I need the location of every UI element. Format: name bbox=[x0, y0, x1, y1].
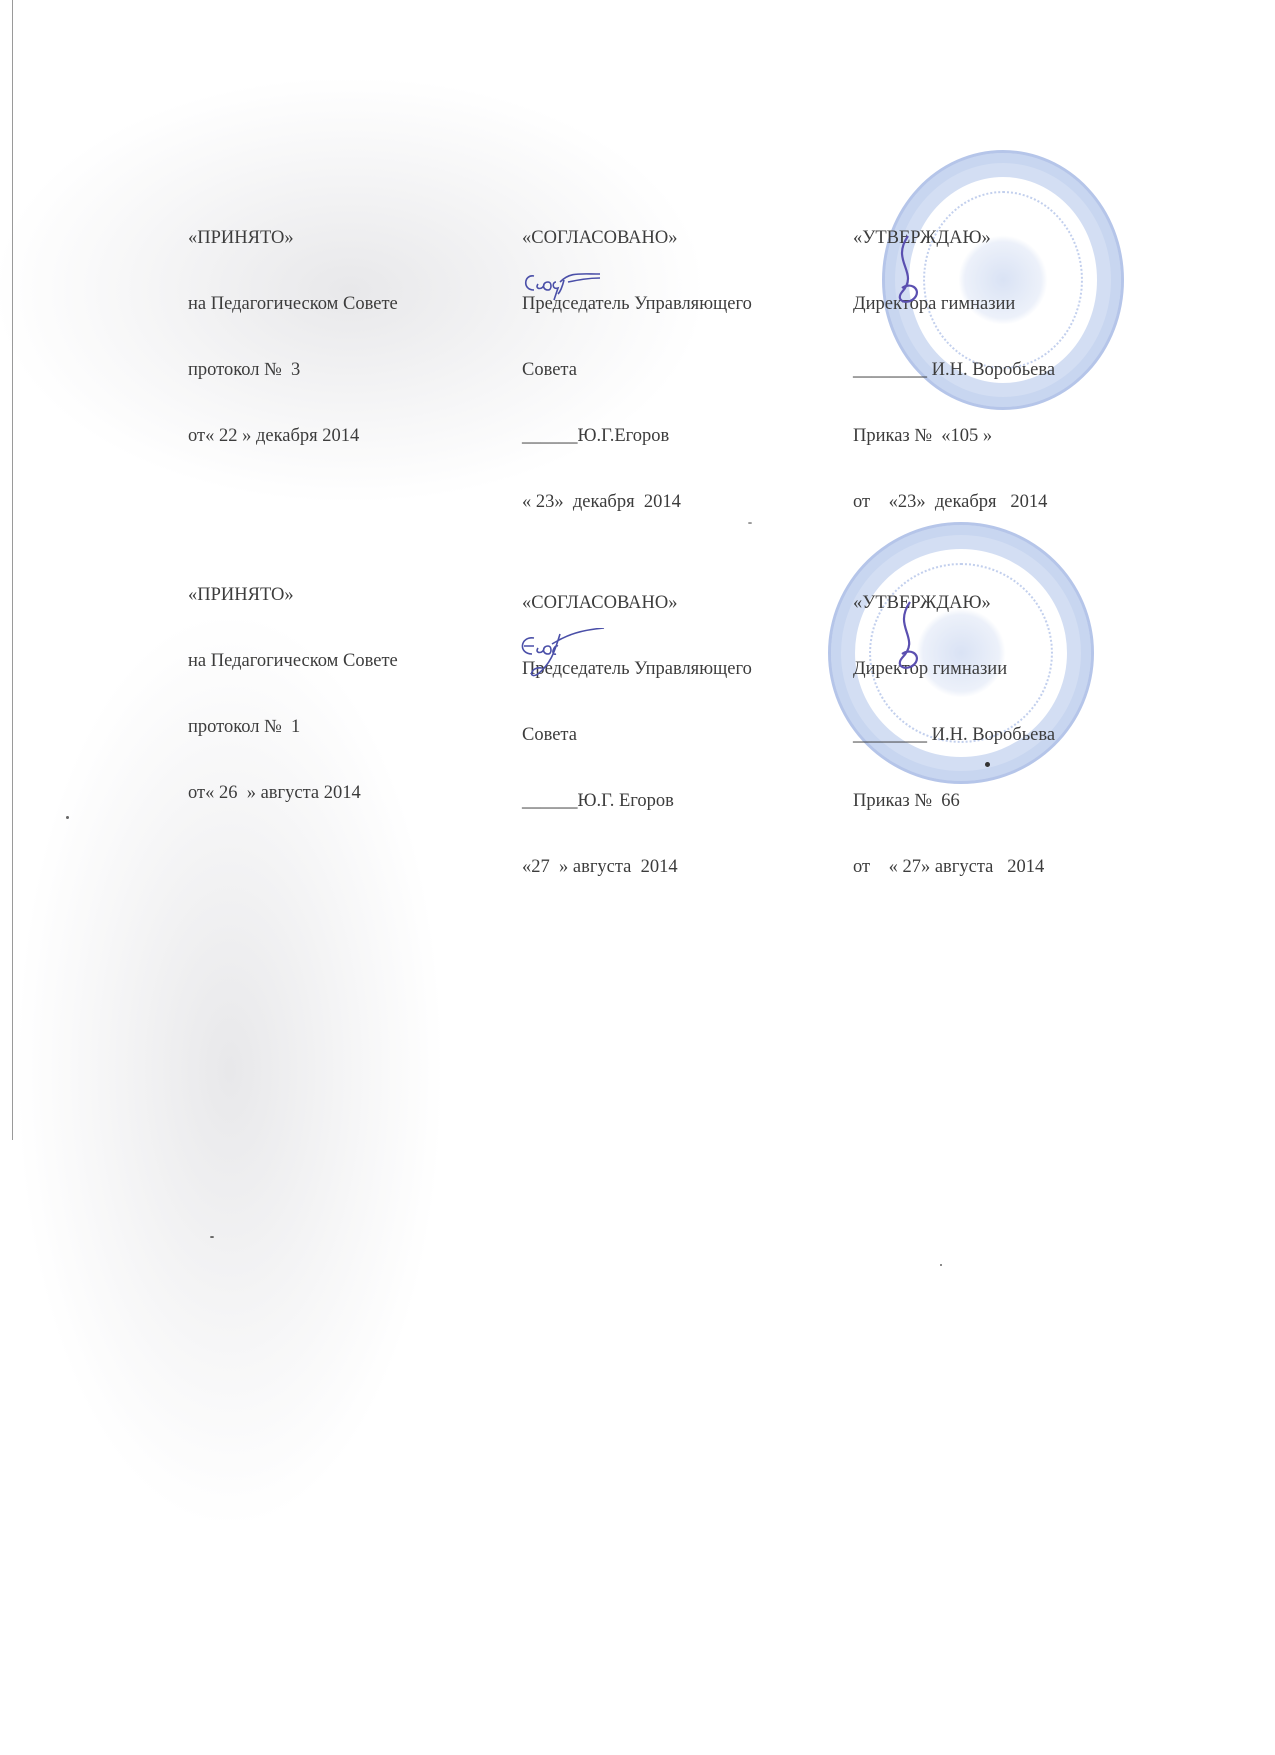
agreed-block-2: «СОГЛАСОВАНО» Председатель Управляющего … bbox=[522, 548, 752, 900]
scan-speck bbox=[985, 762, 990, 767]
agreed-signature-name: ______Ю.Г. Егоров bbox=[522, 790, 752, 812]
approved-order: Приказ № «105 » bbox=[853, 425, 1055, 447]
approved-date: от «23» декабря 2014 bbox=[853, 491, 1055, 513]
approved-signature-name: ________ И.Н. Воробьева bbox=[853, 359, 1055, 381]
agreed-block-1: «СОГЛАСОВАНО» Председатель Управляющего … bbox=[522, 183, 752, 535]
agreed-signature-name: ______Ю.Г.Егоров bbox=[522, 425, 752, 447]
scan-speck bbox=[940, 1264, 942, 1266]
scan-edge-line bbox=[12, 0, 13, 1140]
agreed-council: Совета bbox=[522, 724, 752, 746]
accepted-title: «ПРИНЯТО» bbox=[188, 584, 398, 606]
approved-title: «УТВЕРЖДАЮ» bbox=[853, 592, 1055, 614]
scan-speck bbox=[748, 522, 752, 524]
approved-title: «УТВЕРЖДАЮ» bbox=[853, 227, 1055, 249]
accepted-protocol: протокол № 3 bbox=[188, 359, 398, 381]
agreed-date: «27 » августа 2014 bbox=[522, 856, 752, 878]
approved-order: Приказ № 66 bbox=[853, 790, 1055, 812]
approved-block-1: «УТВЕРЖДАЮ» Директора гимназии ________ … bbox=[853, 183, 1055, 535]
agreed-position: Председатель Управляющего bbox=[522, 293, 752, 315]
agreed-title: «СОГЛАСОВАНО» bbox=[522, 592, 752, 614]
agreed-title: «СОГЛАСОВАНО» bbox=[522, 227, 752, 249]
accepted-council: на Педагогическом Совете bbox=[188, 293, 398, 315]
approved-position: Директор гимназии bbox=[853, 658, 1055, 680]
approved-block-2: «УТВЕРЖДАЮ» Директор гимназии ________ И… bbox=[853, 548, 1055, 900]
scan-speck bbox=[66, 816, 69, 819]
accepted-block-1: «ПРИНЯТО» на Педагогическом Совете прото… bbox=[188, 183, 398, 469]
accepted-protocol: протокол № 1 bbox=[188, 716, 398, 738]
accepted-date: от« 26 » августа 2014 bbox=[188, 782, 398, 804]
accepted-council: на Педагогическом Совете bbox=[188, 650, 398, 672]
accepted-date: от« 22 » декабря 2014 bbox=[188, 425, 398, 447]
accepted-title: «ПРИНЯТО» bbox=[188, 227, 398, 249]
approved-date: от « 27» августа 2014 bbox=[853, 856, 1055, 878]
agreed-council: Совета bbox=[522, 359, 752, 381]
approved-signature-name: ________ И.Н. Воробьева bbox=[853, 724, 1055, 746]
agreed-date: « 23» декабря 2014 bbox=[522, 491, 752, 513]
agreed-position: Председатель Управляющего bbox=[522, 658, 752, 680]
accepted-block-2: «ПРИНЯТО» на Педагогическом Совете прото… bbox=[188, 540, 398, 826]
scan-speck bbox=[210, 1236, 214, 1238]
approved-position: Директора гимназии bbox=[853, 293, 1055, 315]
